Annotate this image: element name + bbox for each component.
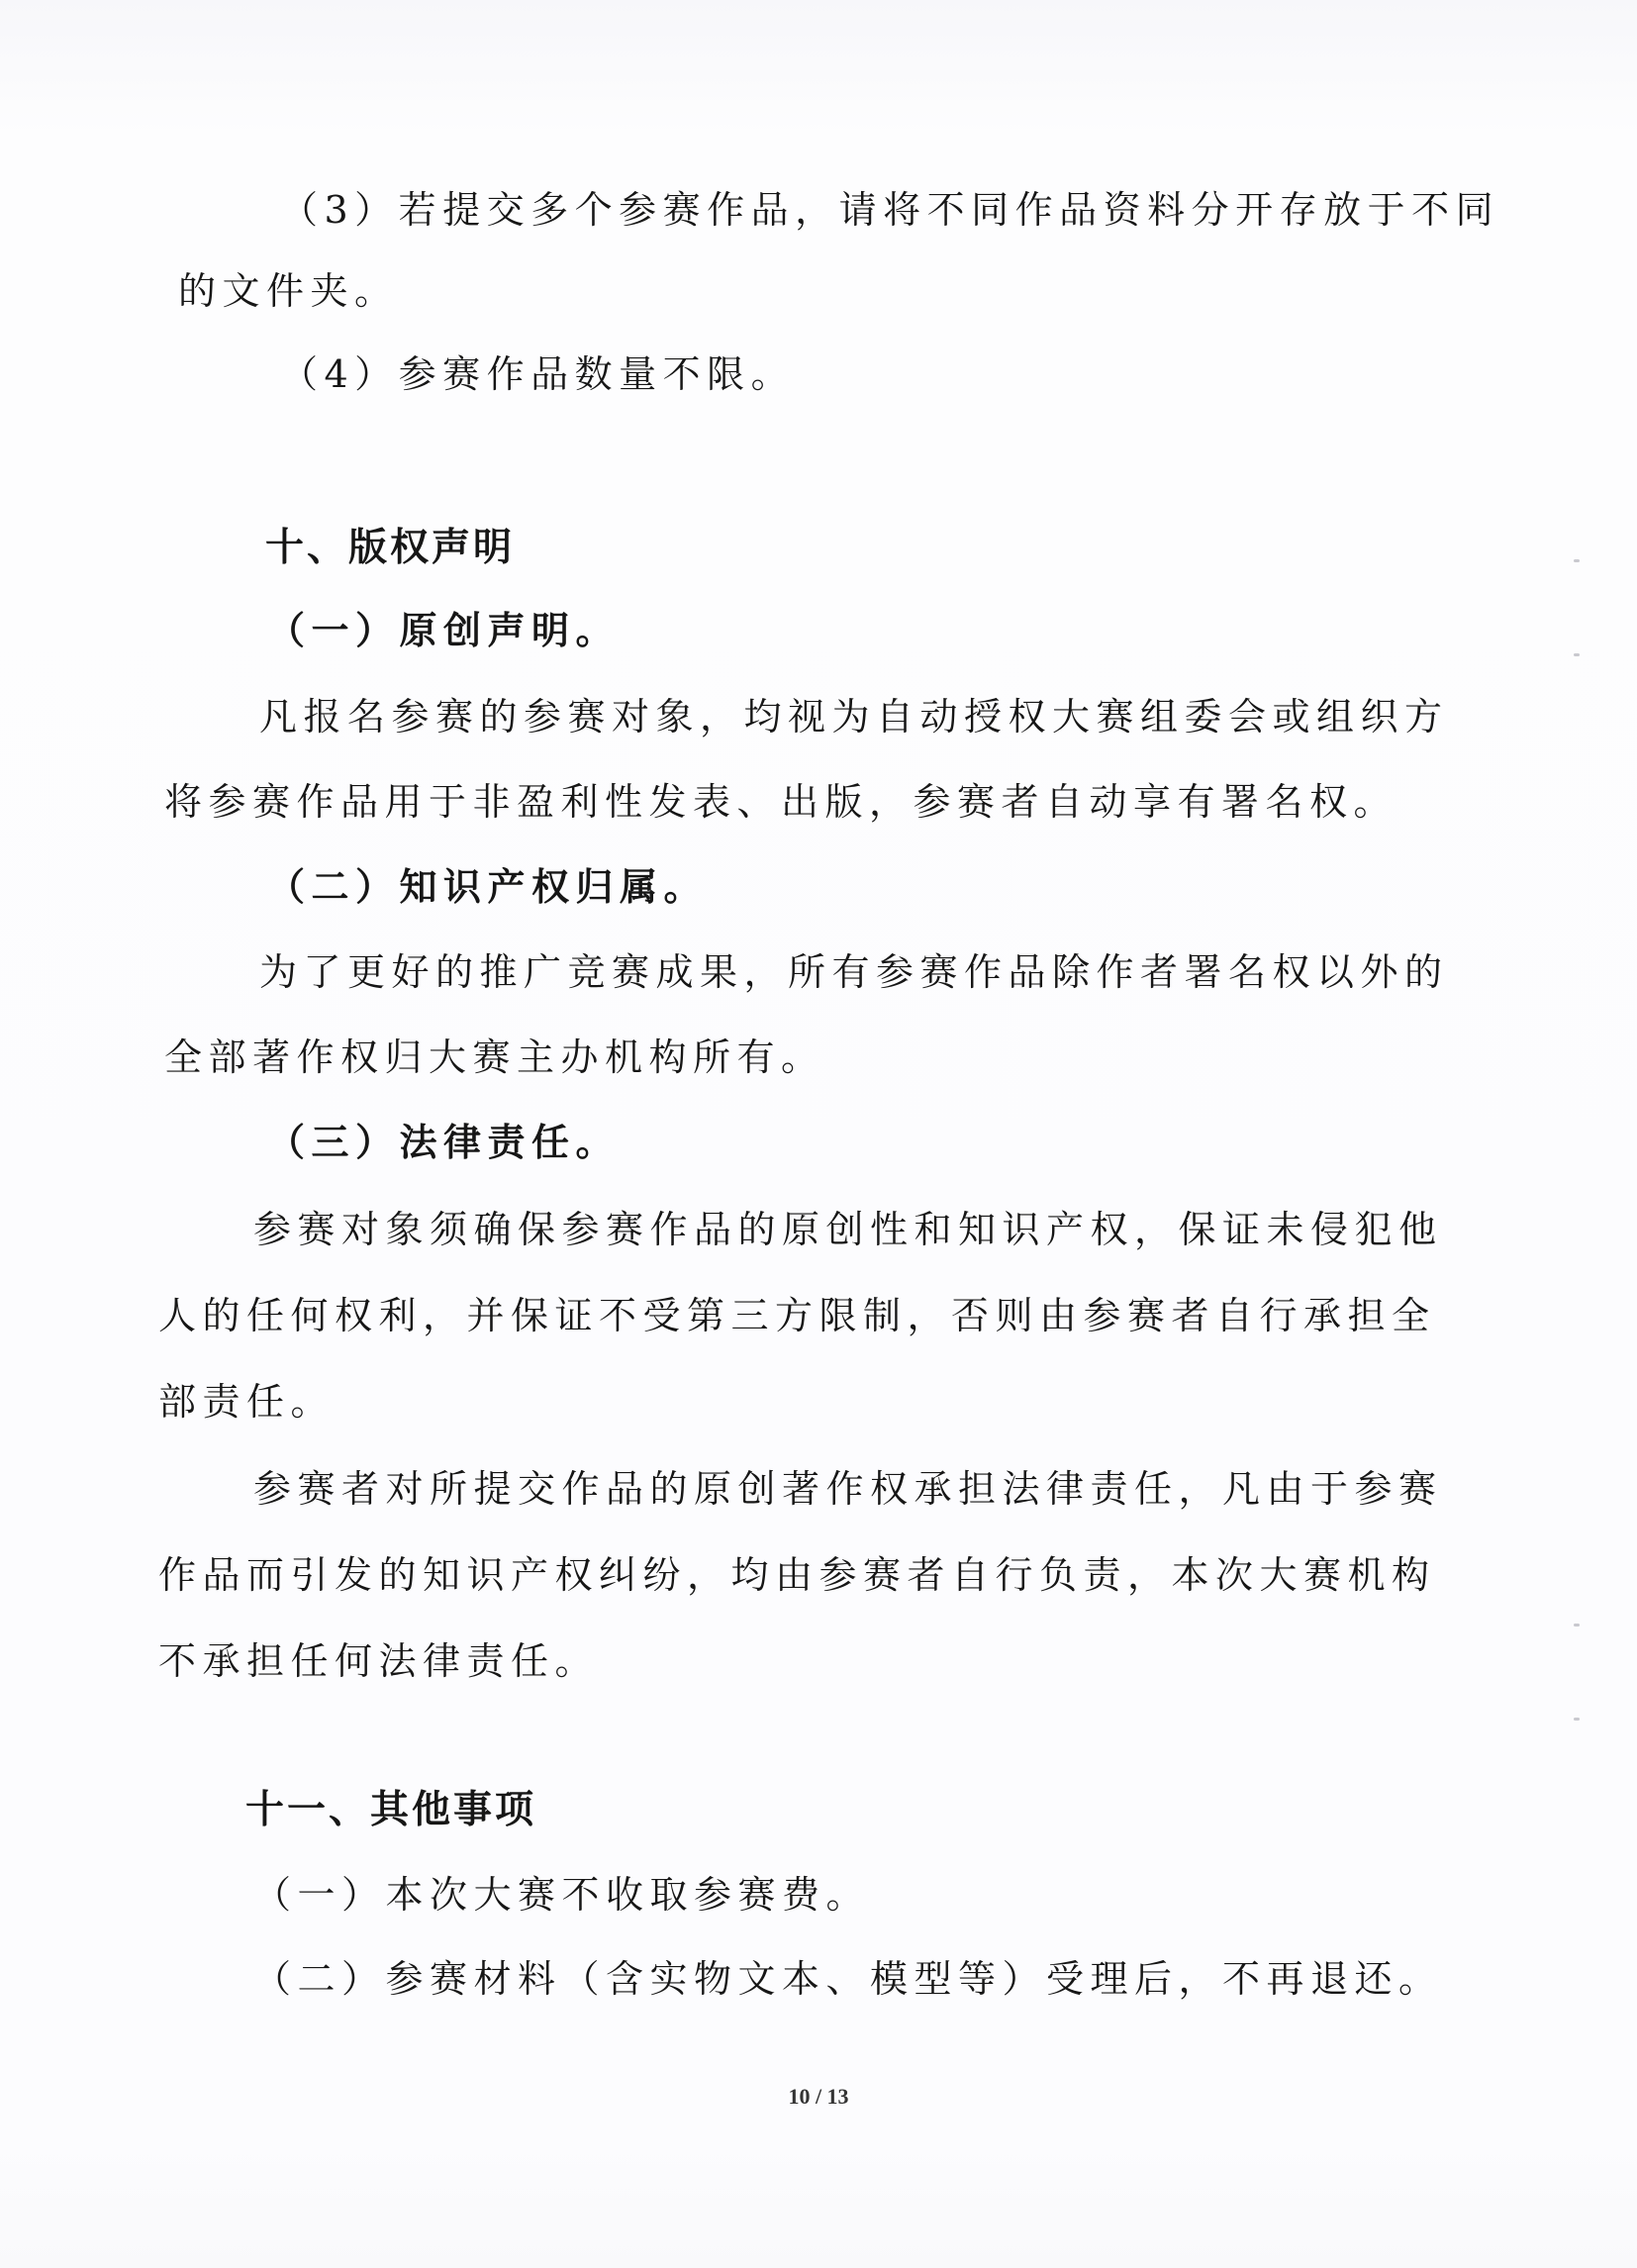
item-3-text-line-2: 的文件夹。 [178,267,399,315]
subsection-original-statement-heading: （一）原创声明。 [267,607,620,654]
legal-liability-para-1-line-1: 参赛对象须确保参赛作品的原创性和知识产权，保证未侵犯他 [253,1206,1443,1253]
ip-ownership-line-1: 为了更好的推广竞赛成果，所有参赛作品除作者署名权以外的 [259,948,1449,996]
other-matters-item-2: （二）参赛材料（含实物文本、模型等）受理后，不再退还。 [253,1955,1443,2003]
original-statement-line-2: 将参赛作品用于非盈利性发表、出版，参赛者自动享有署名权。 [164,778,1397,826]
legal-liability-para-1-line-2: 人的任何权利，并保证不受第三方限制，否则由参赛者自行承担全 [158,1292,1436,1339]
scan-edge-mark [1574,1624,1580,1627]
ip-ownership-line-2: 全部著作权归大赛主办机构所有。 [164,1034,825,1081]
legal-liability-para-2-line-3: 不承担任何法律责任。 [158,1637,599,1685]
item-3-text-line-1: （3）若提交多个参赛作品，请将不同作品资料分开存放于不同 [280,186,1499,234]
scan-edge-mark [1574,559,1580,562]
page-number: 10 / 13 [0,2084,1637,2110]
original-statement-line-1: 凡报名参赛的参赛对象，均视为自动授权大赛组委会或组织方 [259,693,1449,740]
legal-liability-para-2-line-1: 参赛者对所提交作品的原创著作权承担法律责任，凡由于参赛 [253,1465,1443,1513]
legal-liability-para-2-line-2: 作品而引发的知识产权纠纷，均由参赛者自行负责，本次大赛机构 [158,1551,1436,1599]
item-4-text: （4）参赛作品数量不限。 [280,350,795,398]
scan-edge-mark [1574,1718,1580,1721]
scan-edge-mark [1574,653,1580,656]
legal-liability-para-1-line-3: 部责任。 [158,1378,335,1426]
section-11-heading: 十一、其他事项 [245,1787,536,1834]
document-page: （3）若提交多个参赛作品，请将不同作品资料分开存放于不同 的文件夹。 （4）参赛… [0,0,1637,2268]
subsection-ip-ownership-heading: （二）知识产权归属。 [267,863,708,911]
subsection-legal-liability-heading: （三）法律责任。 [267,1119,620,1166]
other-matters-item-1: （一）本次大赛不收取参赛费。 [253,1871,870,1919]
section-10-heading: 十、版权声明 [265,525,515,572]
